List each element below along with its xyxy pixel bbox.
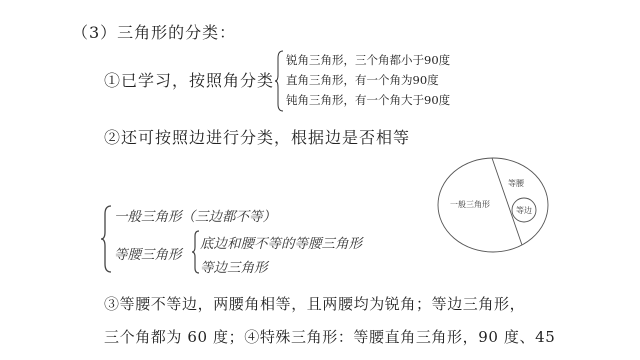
angle-classification-label: ①已学习，按照角分类 bbox=[104, 68, 274, 91]
right-triangle-item: 直角三角形，有一个角为90度 bbox=[286, 70, 450, 90]
isosceles-non-equilateral-label: 底边和腰不等的等腰三角形 bbox=[200, 232, 362, 252]
region-general-label: 一般三角形 bbox=[450, 199, 490, 209]
side-classification-label: ②还可按照边进行分类，根据边是否相等 bbox=[104, 125, 410, 148]
paragraph-line-1: ③等腰不等边，两腰角相等，且两腰均为锐角；等边三角形， bbox=[104, 293, 525, 314]
angle-classification-list: 锐角三角形，三个角都小于90度 直角三角形，有一个角为90度 钝角三角形，有一个… bbox=[286, 50, 450, 110]
isosceles-triangle-label: 等腰三角形 bbox=[114, 243, 182, 263]
region-isosceles-label: 等腰 bbox=[508, 178, 525, 188]
venn-diagram: 一般三角形 等腰 等边 bbox=[436, 155, 552, 255]
general-triangle-label: 一般三角形（三边都不等） bbox=[114, 205, 276, 225]
brace-icon bbox=[274, 50, 284, 112]
brace-icon bbox=[100, 205, 112, 273]
brace-icon bbox=[191, 230, 200, 274]
equilateral-triangle-label: 等边三角形 bbox=[200, 256, 268, 276]
acute-triangle-item: 锐角三角形，三个角都小于90度 bbox=[286, 50, 450, 70]
section-heading: （3）三角形的分类： bbox=[72, 20, 236, 43]
region-equilateral-label: 等边 bbox=[516, 205, 532, 215]
paragraph-line-2: 三个角都为 60 度；④特殊三角形：等腰直角三角形，90 度、45 bbox=[104, 326, 555, 347]
obtuse-triangle-item: 钝角三角形，有一个角大于90度 bbox=[286, 90, 450, 110]
